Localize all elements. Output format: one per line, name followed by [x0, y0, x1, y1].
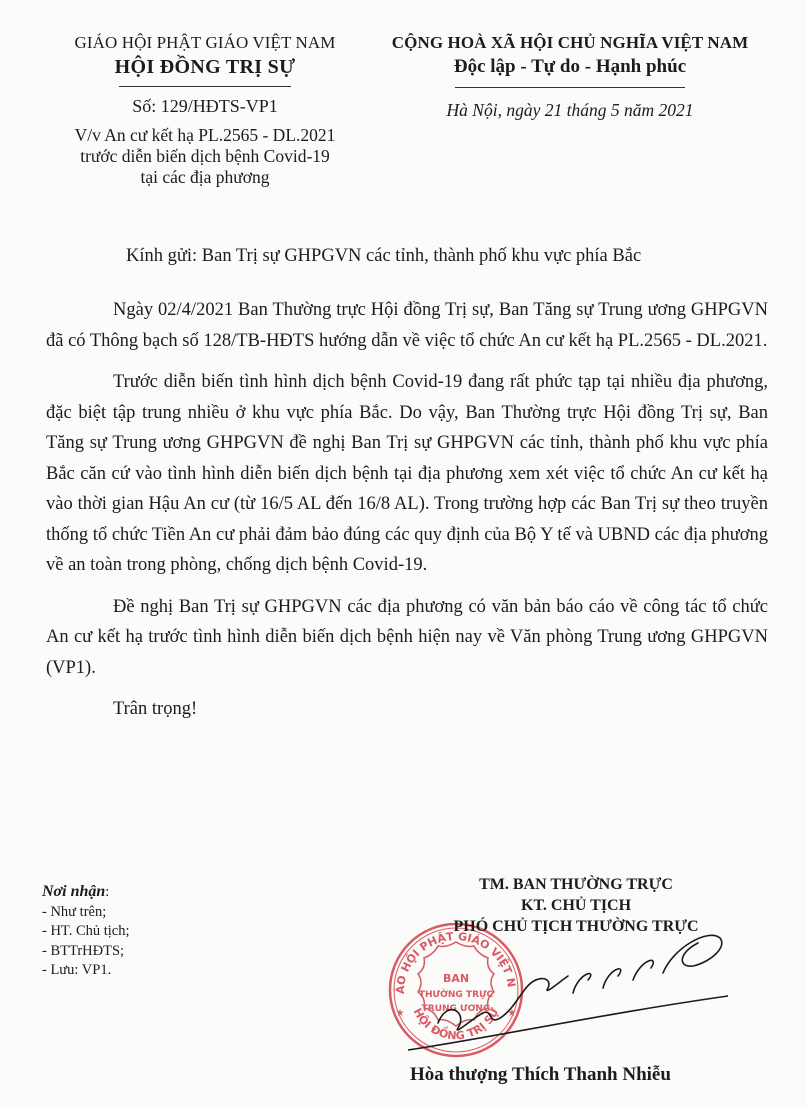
- recipient-item: - BTTrHĐTS;: [42, 942, 130, 962]
- motto-underline: [455, 87, 685, 88]
- issuer-header: GIÁO HỘI PHẬT GIÁO VIỆT NAM HỘI ĐỒNG TRỊ…: [40, 32, 370, 188]
- signature-title: TM. BAN THƯỜNG TRỰC: [396, 874, 756, 895]
- recipient-item: - Như trên;: [42, 903, 130, 923]
- body-paragraph: Ngày 02/4/2021 Ban Thường trực Hội đồng …: [46, 295, 768, 356]
- recipient-item: - HT. Chủ tịch;: [42, 922, 130, 942]
- organization-name: GIÁO HỘI PHẬT GIÁO VIỆT NAM: [40, 32, 370, 54]
- subject-line: tại các địa phương: [40, 167, 370, 188]
- letter-body: Ngày 02/4/2021 Ban Thường trực Hội đồng …: [46, 295, 768, 724]
- svg-text:★: ★: [396, 1008, 405, 1019]
- place-date: Hà Nội, ngày 21 tháng 5 năm 2021: [370, 96, 770, 124]
- addressee: Kính gửi: Ban Trị sự GHPGVN các tỉnh, th…: [126, 243, 641, 269]
- subject: V/v An cư kết hạ PL.2565 - DL.2021 trước…: [40, 125, 370, 188]
- recipients-title-colon: :: [105, 884, 109, 900]
- recipient-item: - Lưu: VP1.: [42, 961, 130, 981]
- body-paragraph: Trước diễn biến tình hình dịch bệnh Covi…: [46, 367, 768, 581]
- recipients-title: Nơi nhận: [42, 883, 105, 900]
- official-letter: GIÁO HỘI PHẬT GIÁO VIỆT NAM HỘI ĐỒNG TRỊ…: [0, 0, 806, 1106]
- council-name: HỘI ĐỒNG TRỊ SỰ: [40, 54, 370, 80]
- subject-line: trước diễn biến dịch bệnh Covid-19: [40, 146, 370, 167]
- recipients-list: Nơi nhận: - Như trên; - HT. Chủ tịch; - …: [42, 882, 130, 981]
- issuer-underline: [119, 86, 291, 87]
- signature-title: KT. CHỦ TỊCH: [396, 895, 756, 916]
- nation-name: CỘNG HOÀ XÃ HỘI CHỦ NGHĨA VIỆT NAM: [370, 32, 770, 54]
- signer-name: Hòa thượng Thích Thanh Nhiễu: [410, 1064, 671, 1086]
- subject-line: V/v An cư kết hạ PL.2565 - DL.2021: [40, 125, 370, 146]
- handwritten-signature-icon: [408, 918, 728, 1058]
- national-motto: Độc lập - Tự do - Hạnh phúc: [370, 54, 770, 80]
- national-header: CỘNG HOÀ XÃ HỘI CHỦ NGHĨA VIỆT NAM Độc l…: [370, 32, 770, 124]
- closing: Trân trọng!: [46, 694, 768, 724]
- body-paragraph: Đề nghị Ban Trị sự GHPGVN các địa phương…: [46, 592, 768, 684]
- document-number: Số: 129/HĐTS-VP1: [40, 93, 370, 119]
